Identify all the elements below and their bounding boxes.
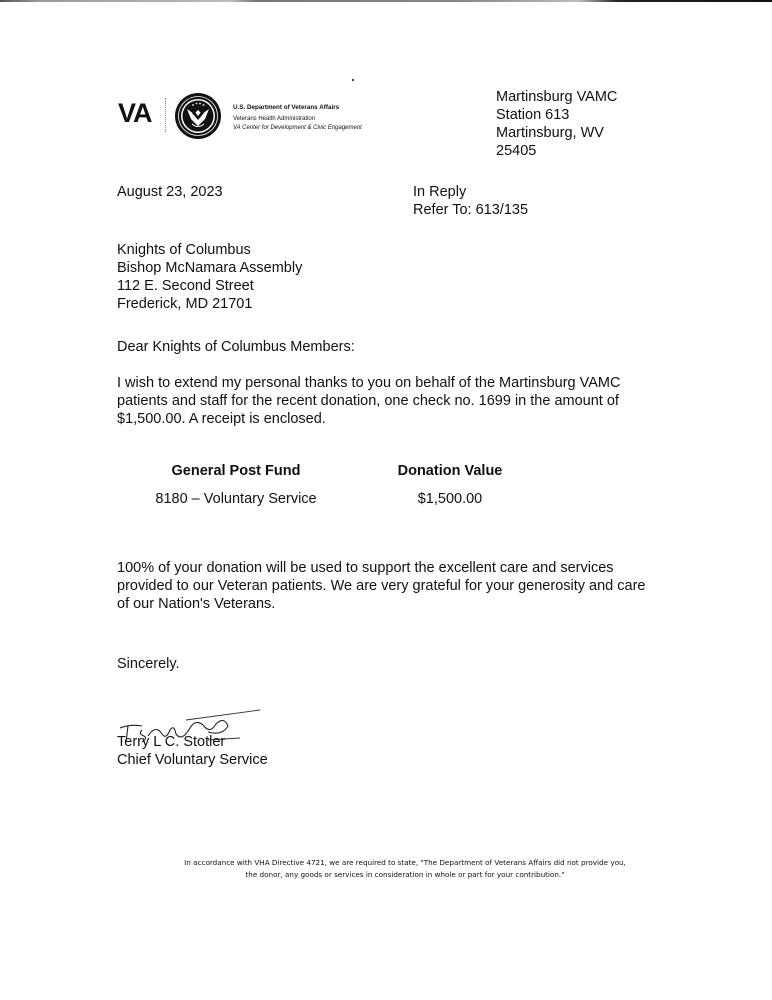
scan-speck xyxy=(352,79,354,81)
footer-disclaimer: In accordance with VHA Directive 4721, w… xyxy=(150,857,660,881)
letter-date: August 23, 2023 xyxy=(117,183,223,201)
recipient-line: Knights of Columbus xyxy=(117,241,302,259)
reply-reference: In Reply Refer To: 613/135 xyxy=(413,183,528,219)
footer-line: the donor, any goods or services in cons… xyxy=(150,869,660,881)
salutation: Dear Knights of Columbus Members: xyxy=(117,338,355,356)
reply-label: In Reply xyxy=(413,183,528,201)
column-header-value: Donation Value xyxy=(380,462,520,480)
recipient-line: 112 E. Second Street xyxy=(117,277,302,295)
logo-divider xyxy=(165,98,166,132)
sender-address: Martinsburg VAMC Station 613 Martinsburg… xyxy=(496,88,617,160)
sender-address-line: Station 613 xyxy=(496,106,617,124)
va-seal-icon xyxy=(174,92,222,140)
signer-block: Terry L C. Stotler Chief Voluntary Servi… xyxy=(117,733,268,769)
column-header-fund: General Post Fund xyxy=(140,462,332,480)
letterhead-department-block: U.S. Department of Veterans Affairs Vete… xyxy=(233,103,362,133)
paragraph-line: patients and staff for the recent donati… xyxy=(117,392,620,410)
paragraph-line: $1,500.00. A receipt is enclosed. xyxy=(117,410,620,428)
paragraph-line: 100% of your donation will be used to su… xyxy=(117,559,645,577)
scan-edge-line xyxy=(0,0,772,2)
recipient-address: Knights of Columbus Bishop McNamara Asse… xyxy=(117,241,302,313)
value-cell: $1,500.00 xyxy=(380,490,520,508)
reference-number: Refer To: 613/135 xyxy=(413,201,528,219)
closing: Sincerely. xyxy=(117,655,180,673)
paragraph-line: of our Nation's Veterans. xyxy=(117,595,645,613)
center-name: VA Center for Development & Civic Engage… xyxy=(233,124,362,133)
department-name: U.S. Department of Veterans Affairs xyxy=(233,103,362,112)
fund-cell: 8180 – Voluntary Service xyxy=(140,490,332,508)
paragraph-line: I wish to extend my personal thanks to y… xyxy=(117,374,620,392)
signer-title: Chief Voluntary Service xyxy=(117,751,268,769)
sender-address-line: Martinsburg VAMC xyxy=(496,88,617,106)
signer-name: Terry L C. Stotler xyxy=(117,733,268,751)
administration-name: Veterans Health Administration xyxy=(233,115,362,124)
footer-line: In accordance with VHA Directive 4721, w… xyxy=(150,857,660,869)
recipient-line: Bishop McNamara Assembly xyxy=(117,259,302,277)
body-paragraph-1: I wish to extend my personal thanks to y… xyxy=(117,374,620,428)
va-logo-text: VA xyxy=(118,98,152,129)
recipient-line: Frederick, MD 21701 xyxy=(117,295,302,313)
body-paragraph-2: 100% of your donation will be used to su… xyxy=(117,559,645,613)
sender-address-line: 25405 xyxy=(496,142,617,160)
sender-address-line: Martinsburg, WV xyxy=(496,124,617,142)
paragraph-line: provided to our Veteran patients. We are… xyxy=(117,577,645,595)
